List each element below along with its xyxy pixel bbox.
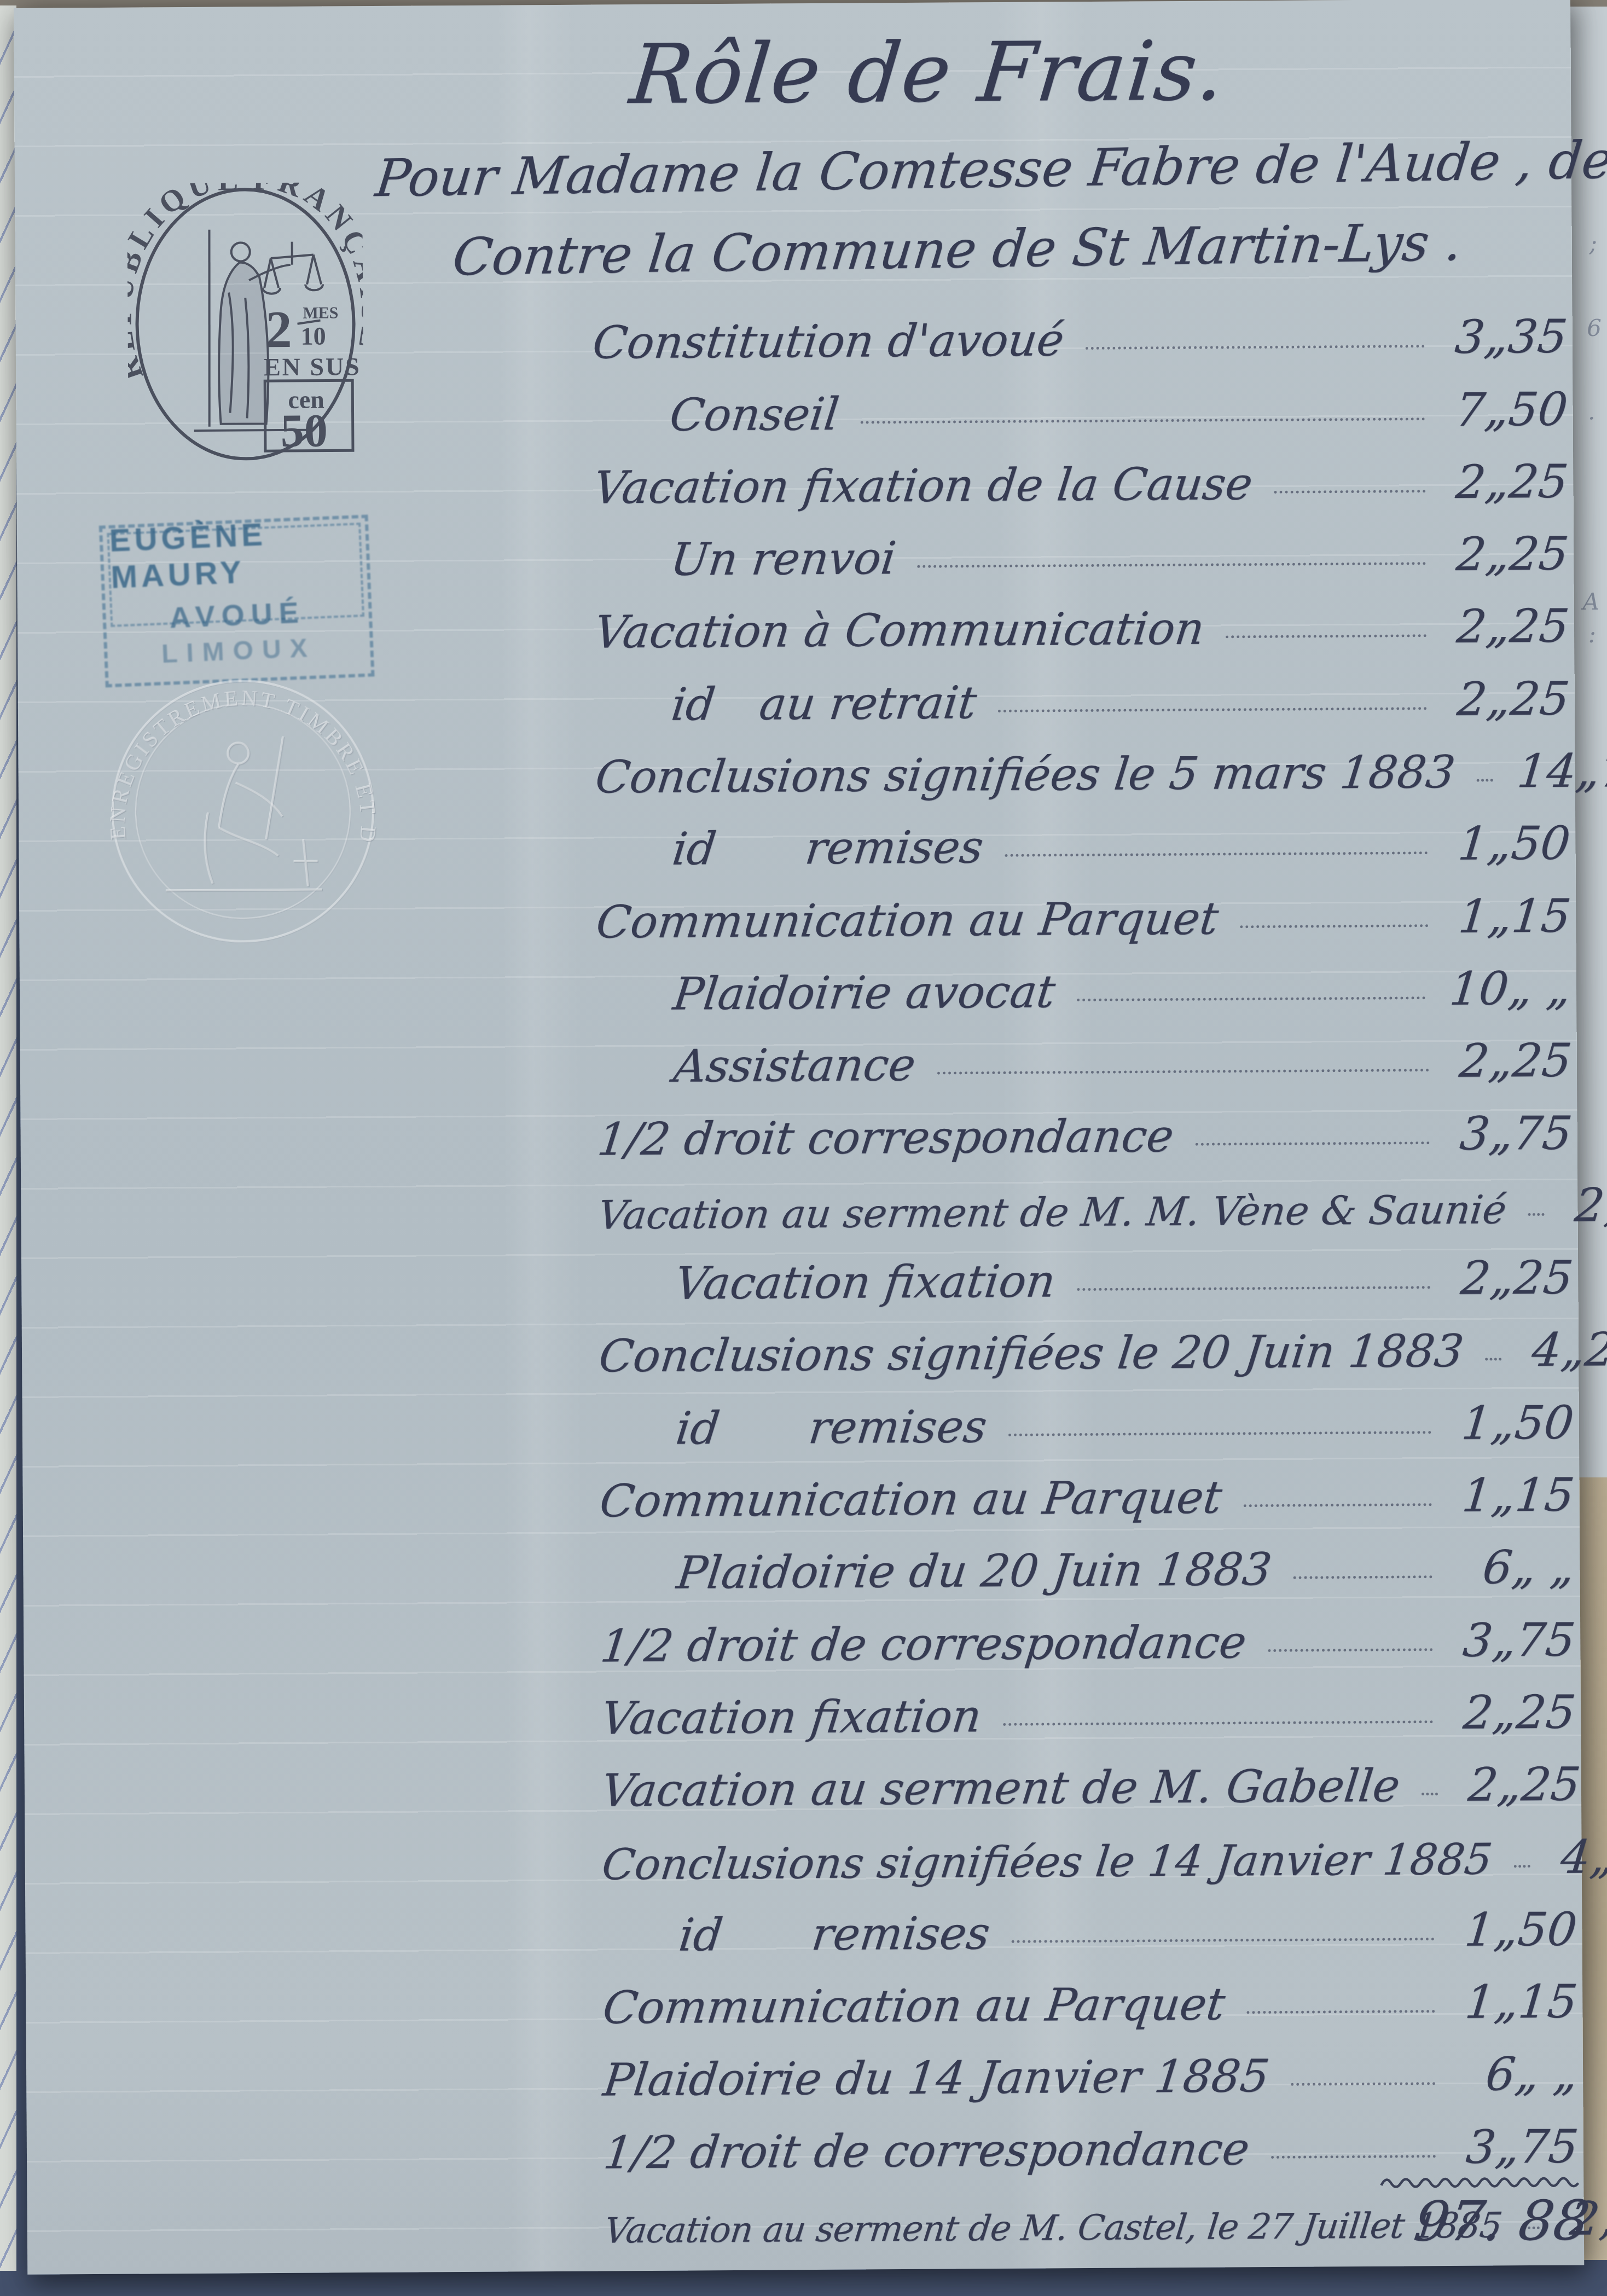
svg-text:50: 50 [280,404,328,457]
fee-label: id remises [673,1401,989,1455]
fee-line: Un renvoi 2„25 [564,512,1569,590]
fee-amount: 4„28 [1523,1323,1607,1377]
fee-amount: 1„50 [1453,1395,1576,1450]
fee-line: Vacation fixation 2„25 [571,1669,1576,1748]
fee-line: Vacation fixation de la Cause 2„25 [564,439,1568,518]
fee-amount: 1„15 [1450,889,1573,943]
dotted-leader [1196,1141,1430,1146]
fee-label: Plaidoirie du 14 Janvier 1885 [601,2050,1272,2106]
fee-amount: 6„ „ [1454,1540,1577,1595]
dotted-leader [1077,996,1425,1001]
fee-amount: 1„50 [1457,1902,1580,1956]
fee-amount: 2„25 [1452,1251,1575,1305]
fee-amount: 1„50 [1450,816,1573,871]
fee-line: Communication au Parquet 1„15 [573,1959,1577,2038]
bleed-through-mark: 6 [1587,315,1602,341]
dotted-leader [1003,1720,1433,1726]
stamp-surcharge-text: 2 MES 10 EN SUS [263,299,361,381]
fee-amount: 6„ „ [1457,2047,1580,2101]
seal-arc-text: ENREGISTREMENT TIMBRE ET DOMAINES [100,675,381,848]
dotted-leader [1291,2083,1435,2086]
fee-label: Vacation au serment de M. Gabelle [599,1760,1402,1817]
svg-text:MES: MES [303,304,338,322]
dotted-leader [1244,1503,1432,1507]
fee-line: Constitution d'avoué 3„35 [562,294,1567,373]
underlying-ruled-page-left [0,5,16,2271]
ink-stamp-title: AVOUÉ [169,595,306,635]
dotted-leader [861,418,1425,424]
fee-line: Vacation à Communication 2„25 [565,584,1569,663]
fee-amount: 3„35 [1447,310,1570,364]
fee-label: id remises [670,821,986,876]
fee-label: Conclusions signifiées le 20 Juin 1883 [596,1325,1466,1383]
dotted-leader [998,707,1427,712]
fee-amount: 1„15 [1454,1468,1577,1522]
dotted-leader [1077,1286,1430,1291]
avoue-ink-stamp: EUGÈNE MAURY AVOUÉ LIMOUX [99,515,375,688]
dotted-leader [1240,924,1428,928]
fee-amount: 3„75 [1454,1613,1577,1667]
fee-line: id au retrait 2„25 [565,656,1569,735]
dotted-leader [1226,635,1426,639]
fee-label: Conclusions signifiées le 5 mars 1883 [593,746,1458,804]
bleed-through-mark: : [1588,621,1596,648]
dotted-leader [1477,779,1493,782]
svg-text:2: 2 [265,300,292,358]
page-title: Rôle de Frais. [600,24,1255,123]
fee-amount: 4„28 [1552,1829,1607,1883]
fee-label: Vacation fixation [672,1255,1058,1309]
header-party-for: Pour Madame la Comtesse Fabre de l'Aude … [373,128,1607,209]
fee-amount: 2„25 [1460,1758,1583,1812]
header-party-against: Contre la Commune de St Martin-Lys . [450,213,1465,288]
dotted-leader [1528,1213,1545,1216]
fee-line: id remises 1„50 [566,801,1570,880]
dotted-leader [1274,490,1426,494]
fee-amount: 2„25 [1448,454,1571,508]
fee-line: Communication au Parquet 1„15 [570,1452,1574,1531]
dotted-leader [1268,1648,1432,1652]
fee-line: Plaidoirie avocat 10„ „ [567,946,1571,1024]
dotted-leader [1422,1793,1438,1795]
fee-line: Conclusions signifiées le 14 Janvier 188… [572,1814,1576,1893]
dotted-leader [937,1069,1429,1074]
embossed-seal: ENREGISTREMENT TIMBRE ET DOMAINES [100,675,386,950]
fee-label: Plaidoirie avocat [671,966,1058,1020]
bleed-through-mark: ; [1589,230,1597,257]
revenue-stamp: RÉPUBLIQUE FRANÇAISE 2 MES [127,182,364,468]
fee-label: 1/2 droit de correspondance [598,1616,1249,1672]
fee-line: Conseil 7„50 [563,367,1568,445]
fee-label: id remises [676,1907,993,1962]
fee-label: Vacation à Communication [591,603,1206,659]
dotted-leader [1485,1358,1501,1361]
fee-line: Conclusions signifiées le 20 Juin 1883 4… [569,1308,1574,1387]
bleed-through-mark: A [1583,588,1599,615]
fee-amount: 10„ „ [1448,961,1574,1016]
fee-line: Vacation fixation 2„25 [568,1235,1573,1314]
fee-amount: 2„25 [1448,599,1571,653]
fee-label: Vacation fixation [599,1690,984,1744]
fee-line: Vacation au serment de M. Gabelle 2„25 [571,1742,1576,1821]
fee-label: Conclusions signifiées le 14 Janvier 188… [600,1835,1495,1889]
fee-line: Assistance 2„25 [567,1018,1571,1097]
fee-rows: Constitution d'avoué 3„35 Conseil 7„50 V… [562,294,1579,2255]
fee-amount: 3„75 [1452,1106,1575,1160]
fee-line: id remises 1„50 [572,1887,1577,1965]
fee-line: Plaidoirie du 20 Juin 1883 6„ „ [570,1525,1575,1604]
fee-label: 1/2 droit de correspondance [601,2123,1252,2179]
fee-amount: 2„25 [1455,1685,1578,1739]
dotted-leader [1293,1576,1432,1580]
dotted-leader [1005,852,1428,857]
fee-label: Vacation au serment de M. Castel, le 27 … [602,2205,1504,2251]
fee-label: Assistance [671,1039,918,1093]
dotted-leader [1271,2155,1436,2159]
ink-stamp-inner-frame: EUGÈNE MAURY AVOUÉ [107,523,364,627]
fee-label: Plaidoirie du 20 Juin 1883 [674,1544,1274,1599]
seal-outer-ring [112,680,374,942]
dotted-leader [1514,1865,1530,1868]
seal-seated-figure-icon [165,737,322,891]
dotted-leader [1086,345,1425,350]
fee-line: Conclusions signifiées le 5 mars 1883 14… [565,728,1570,807]
fee-amount: 2„25 [1451,1034,1574,1088]
dotted-leader [1012,1938,1435,1943]
fee-amount: 2„25 [1567,1178,1607,1232]
fee-label: 1/2 droit correspondance [595,1110,1176,1166]
total-amount: 97. 88 [1407,2188,1597,2253]
fee-label: Vacation fixation de la Cause [591,458,1255,514]
fee-line: Communication au Parquet 1„15 [566,873,1571,952]
fee-amount: 1„15 [1457,1975,1580,2029]
fee-label: Un renvoi [668,532,899,586]
fee-label: Communication au Parquet [600,1979,1228,2034]
document-photo: ; 6 · A : Rôle de Frais. Pour Madame la … [0,0,1607,2296]
fee-label: id au retrait [669,677,979,730]
svg-text:10: 10 [301,322,326,350]
fee-line: Vacation au serment de M. M. Vène & Saun… [568,1163,1573,1242]
fee-amount: 3„75 [1458,2119,1581,2173]
ink-stamp-city: LIMOUX [111,630,366,671]
fee-label: Communication au Parquet [597,1472,1225,1528]
fee-line: 1/2 droit correspondance 3„75 [567,1091,1572,1169]
fee-label: Constitution d'avoué [590,315,1066,369]
fee-line: 1/2 droit de correspondance 3„75 [571,1597,1575,1676]
fee-line: Plaidoirie du 14 Janvier 1885 6„ „ [573,2032,1578,2111]
dotted-leader [918,562,1426,568]
fee-line: id remises 1„50 [569,1380,1574,1459]
dotted-leader [1008,1431,1431,1436]
fee-amount: 7„50 [1447,382,1570,436]
fee-label: Vacation au serment de M. M. Vène & Saun… [596,1186,1509,1238]
dotted-leader [1246,2010,1435,2014]
fee-label: Communication au Parquet [594,892,1221,948]
fee-amount: 2„25 [1449,671,1572,726]
fee-amount: 2„25 [1448,527,1571,581]
fee-label: Conseil [667,388,842,441]
document-sheet: Rôle de Frais. Pour Madame la Comtesse F… [14,0,1584,2275]
ink-stamp-name: EUGÈNE MAURY [109,512,361,596]
svg-text:EN SUS: EN SUS [264,352,361,381]
fee-amount: 14„77 [1515,744,1607,798]
